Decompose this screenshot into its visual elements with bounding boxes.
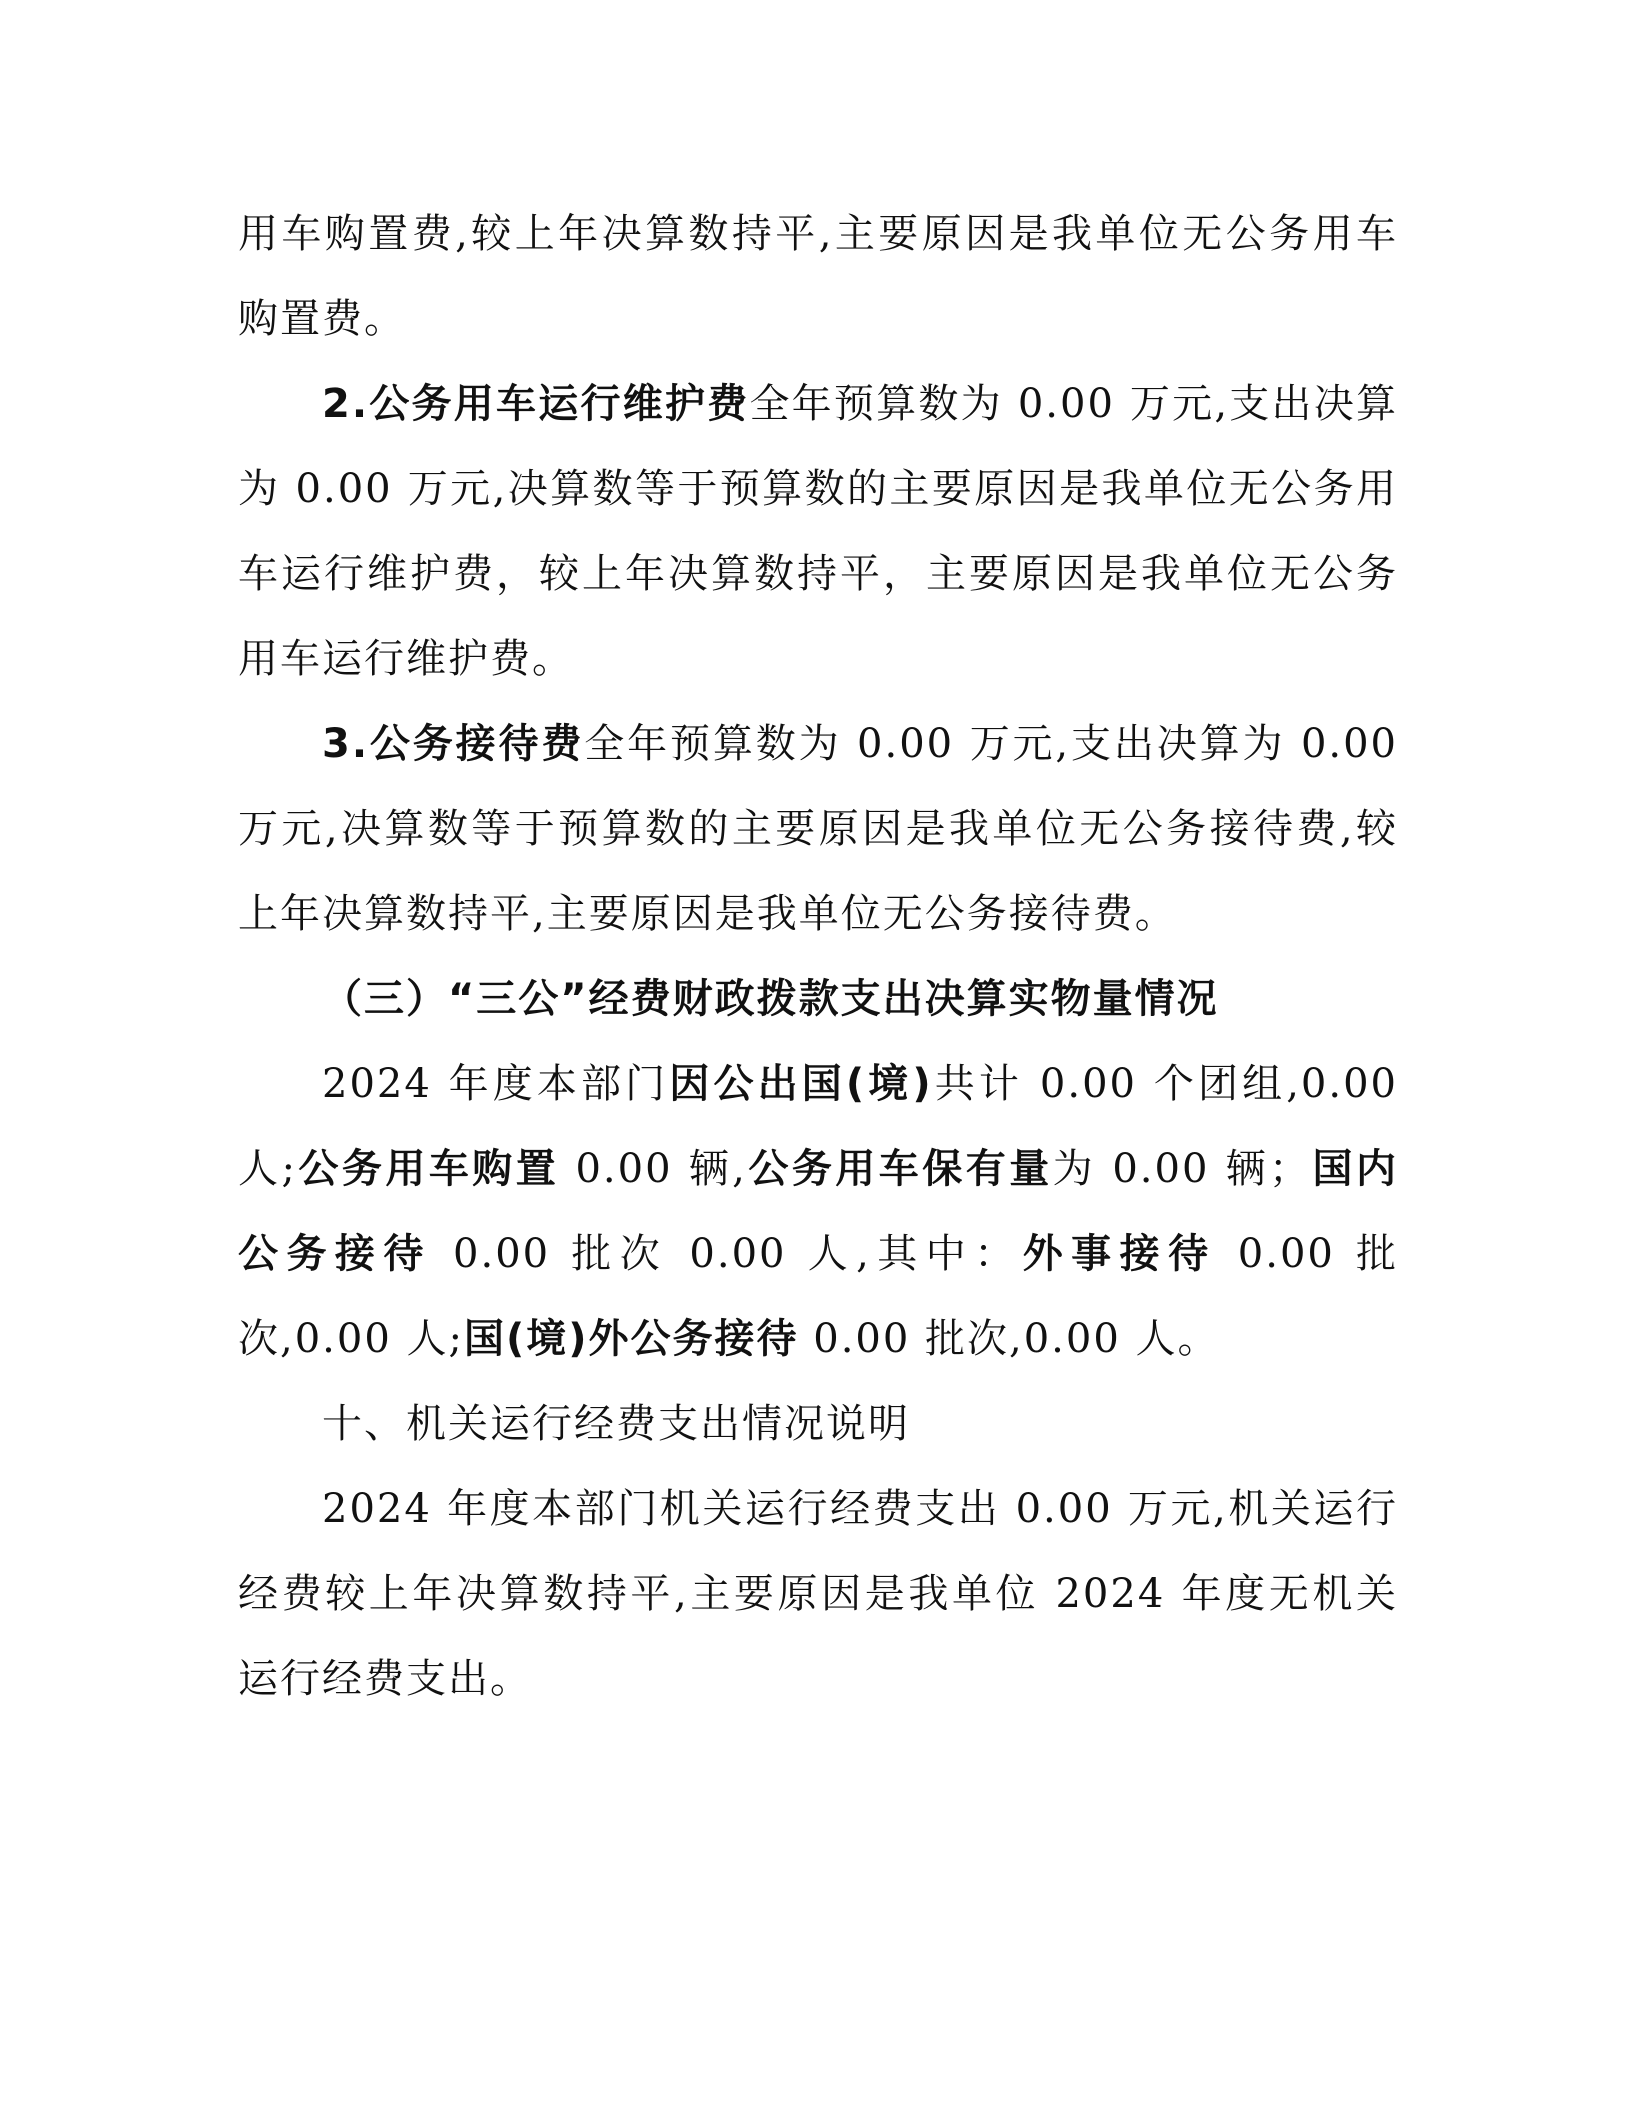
label-vehicle-maintenance: 2.公务用车运行维护费: [322, 381, 749, 427]
label-overseas-trips: 因公出国(境): [669, 1061, 932, 1107]
paragraph-text: 2024 年度本部门: [322, 1061, 669, 1107]
label-reception-fee: 3.公务接待费: [322, 721, 584, 767]
paragraph-vehicle-maintenance: 2.公务用车运行维护费全年预算数为 0.00 万元,支出决算为 0.00 万元,…: [238, 362, 1398, 702]
label-foreign-affairs-reception: 外事接待: [1023, 1231, 1217, 1277]
paragraph-reception-fee: 3.公务接待费全年预算数为 0.00 万元,支出决算为 0.00 万元,决算数等…: [238, 702, 1398, 957]
label-vehicle-purchase: 公务用车购置: [297, 1146, 559, 1192]
paragraph-vehicle-purchase-continued: 用车购置费,较上年决算数持平,主要原因是我单位无公务用车购置费。: [238, 192, 1398, 362]
paragraph-physical-quantity: 2024 年度本部门因公出国(境)共计 0.00 个团组,0.00 人;公务用车…: [238, 1042, 1398, 1382]
paragraph-text: 用车购置费,较上年决算数持平,主要原因是我单位无公务用车购置费。: [238, 211, 1398, 342]
paragraph-text: 0.00 批次 0.00 人,其中：: [432, 1231, 1023, 1277]
paragraph-text: 2024 年度本部门机关运行经费支出 0.00 万元,机关运行经费较上年决算数持…: [238, 1486, 1398, 1702]
paragraph-text: 0.00 辆,: [559, 1146, 747, 1192]
paragraph-text: 0.00 批次,0.00 人。: [799, 1316, 1220, 1362]
subheading-physical-quantity: （三）“三公”经费财政拨款支出决算实物量情况: [238, 957, 1398, 1042]
paragraph-text: 为 0.00 辆；: [1053, 1146, 1311, 1192]
paragraph-operating-expenses: 2024 年度本部门机关运行经费支出 0.00 万元,机关运行经费较上年决算数持…: [238, 1467, 1398, 1722]
heading-operating-expenses: 十、机关运行经费支出情况说明: [238, 1382, 1398, 1467]
label-overseas-reception: 国(境)外公务接待: [464, 1316, 799, 1362]
document-page: 用车购置费,较上年决算数持平,主要原因是我单位无公务用车购置费。 2.公务用车运…: [238, 192, 1398, 1722]
label-vehicle-holdings: 公务用车保有量: [747, 1146, 1053, 1192]
